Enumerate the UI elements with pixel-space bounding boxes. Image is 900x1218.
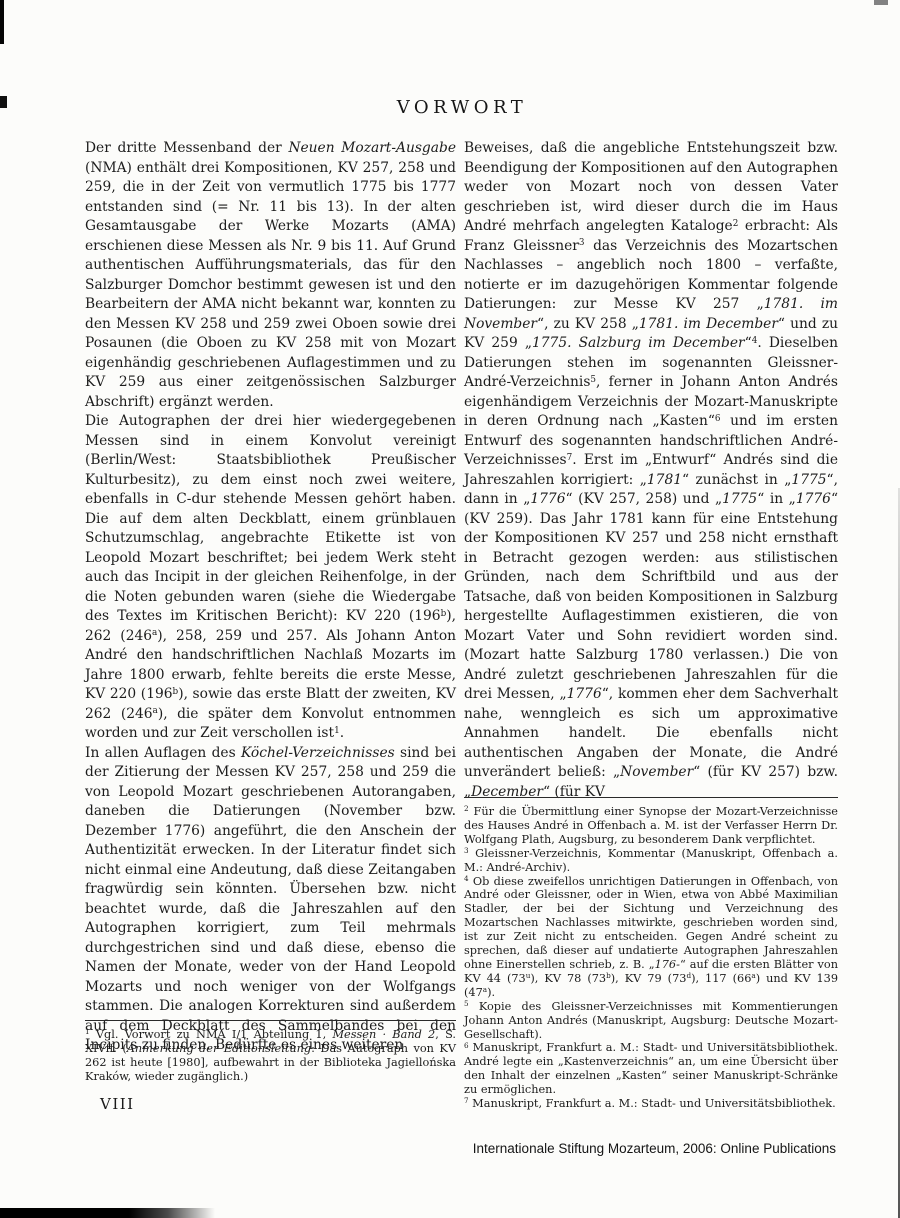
footnote: 4 Ob diese zweifellos unrichtigen Datier… xyxy=(464,875,838,1000)
scan-artifact-left-mid xyxy=(0,96,7,108)
text-column-right: Beweises, daß die angebliche Entstehungs… xyxy=(464,139,838,802)
footnote: 3 Gleissner-Verzeichnis, Kommentar (Manu… xyxy=(464,847,838,875)
footnote-separator xyxy=(464,797,838,798)
footnote: 7 Manuskript, Frankfurt a. M.: Stadt- un… xyxy=(464,1097,838,1111)
footnote: 1 Vgl. Vorwort zu NMA I/1 Abteilung 1, M… xyxy=(85,1028,456,1084)
document-page: VORWORT Der dritte Messenband der Neuen … xyxy=(0,0,900,1218)
body-paragraph: Der dritte Messenband der Neuen Mozart-A… xyxy=(85,139,456,412)
scan-artifact-bottom-bar xyxy=(0,1208,215,1218)
footnote: 5 Kopie des Gleissner-Verzeichnisses mit… xyxy=(464,1000,838,1042)
scan-artifact-top-right xyxy=(874,0,888,5)
footnote-block-left: 1 Vgl. Vorwort zu NMA I/1 Abteilung 1, M… xyxy=(85,1020,456,1084)
footnote-separator xyxy=(85,1020,456,1021)
body-paragraph: Beweises, daß die angebliche Entstehungs… xyxy=(464,139,838,802)
body-paragraph: In allen Auflagen des Köchel-Verzeichnis… xyxy=(85,744,456,1056)
footnote-block-right: 2 Für die Übermittlung einer Synopse der… xyxy=(464,797,838,1111)
footer-credit: Internationale Stiftung Mozarteum, 2006:… xyxy=(473,1141,836,1156)
footnote: 2 Für die Übermittlung einer Synopse der… xyxy=(464,805,838,847)
body-paragraph: Die Autographen der drei hier wiedergege… xyxy=(85,412,456,744)
page-title: VORWORT xyxy=(85,97,839,118)
footnote: 6 Manuskript, Frankfurt a. M.: Stadt- un… xyxy=(464,1041,838,1097)
page-number: VIII xyxy=(100,1095,135,1113)
text-column-left: Der dritte Messenband der Neuen Mozart-A… xyxy=(85,139,456,1056)
scan-artifact-left-top xyxy=(0,0,4,44)
